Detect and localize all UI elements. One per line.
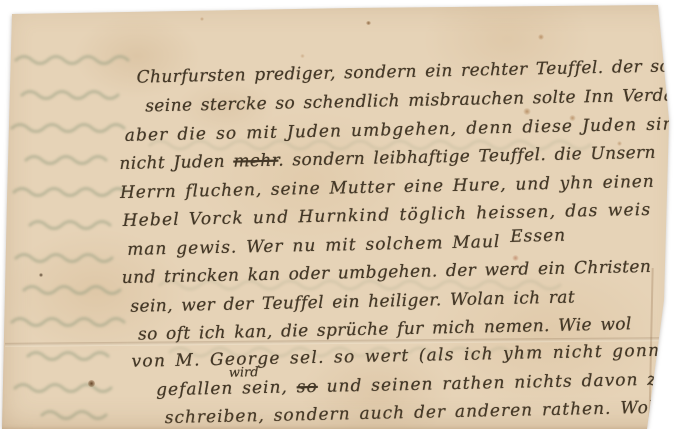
paper-wrap: Churfursten prediger, sondern ein rechte… [0, 0, 685, 429]
manuscript-line: so oft ich kan, die sprüche fur mich nem… [138, 314, 632, 344]
handwriting-text: aber die so mit Juden umbgehen, denn die… [125, 114, 685, 146]
handwriting-text: Churfursten prediger, sondern ein rechte… [136, 56, 685, 88]
manuscript-line: sein, wer der Teuffel ein heiliger. Wola… [130, 287, 575, 316]
handwriting-text: sein, wer der Teuffel ein heiliger. Wola… [130, 287, 575, 316]
handwriting-block: Churfursten prediger, sondern ein rechte… [0, 0, 685, 429]
manuscript-line: Herrn fluchen, seine Mutter eine Hure, u… [120, 172, 655, 203]
interlinear-insertion: wird [229, 365, 259, 381]
manuscript-line: aber die so mit Juden umbgehen, denn die… [125, 114, 685, 146]
handwriting-text: und seinen rathen nichts davon zu [318, 370, 670, 397]
handwriting-text: . sondern leibhaftige Teuffel. die Unser… [278, 143, 656, 171]
handwriting-text: Hebel Vorck und Hurnkind töglich heissen… [122, 200, 651, 231]
inserted-word: Essen [500, 226, 566, 247]
handwriting-text: so oft ich kan, die sprüche fur mich nem… [138, 314, 632, 344]
handwriting-text: Herrn fluchen, seine Mutter eine Hure, u… [120, 172, 655, 203]
manuscript-line: Hebel Vorck und Hurnkind töglich heissen… [122, 200, 651, 231]
manuscript-page: Churfursten prediger, sondern ein rechte… [0, 0, 685, 429]
handwriting-text: und trincken kan oder umbgehen. der werd… [122, 257, 652, 288]
photo-background: Churfursten prediger, sondern ein rechte… [0, 0, 685, 429]
handwriting-text: nicht Juden [119, 152, 233, 174]
manuscript-line: und trincken kan oder umbgehen. der werd… [122, 257, 652, 288]
manuscript-line: man gewis. Wer nu mit solchem MaulEssen [127, 231, 566, 260]
manuscript-line: von M. George sel. so wert (als ich yhm … [131, 340, 680, 371]
struck-word: so [297, 377, 318, 397]
manuscript-line: seine stercke so schendlich misbrauchen … [145, 84, 685, 116]
manuscript-line: nicht Juden mehr. sondern leibhaftige Te… [119, 143, 656, 174]
struck-word: mehr [233, 151, 278, 172]
handwriting-text: man gewis. Wer nu mit solchem Maul [127, 232, 501, 260]
manuscript-line: Churfursten prediger, sondern ein rechte… [136, 56, 685, 88]
handwriting-text: gefallen sein, [156, 377, 297, 400]
handwriting-text: von M. George sel. so wert (als ich yhm … [131, 340, 680, 371]
handwriting-text: seine stercke so schendlich misbrauchen … [145, 84, 685, 116]
